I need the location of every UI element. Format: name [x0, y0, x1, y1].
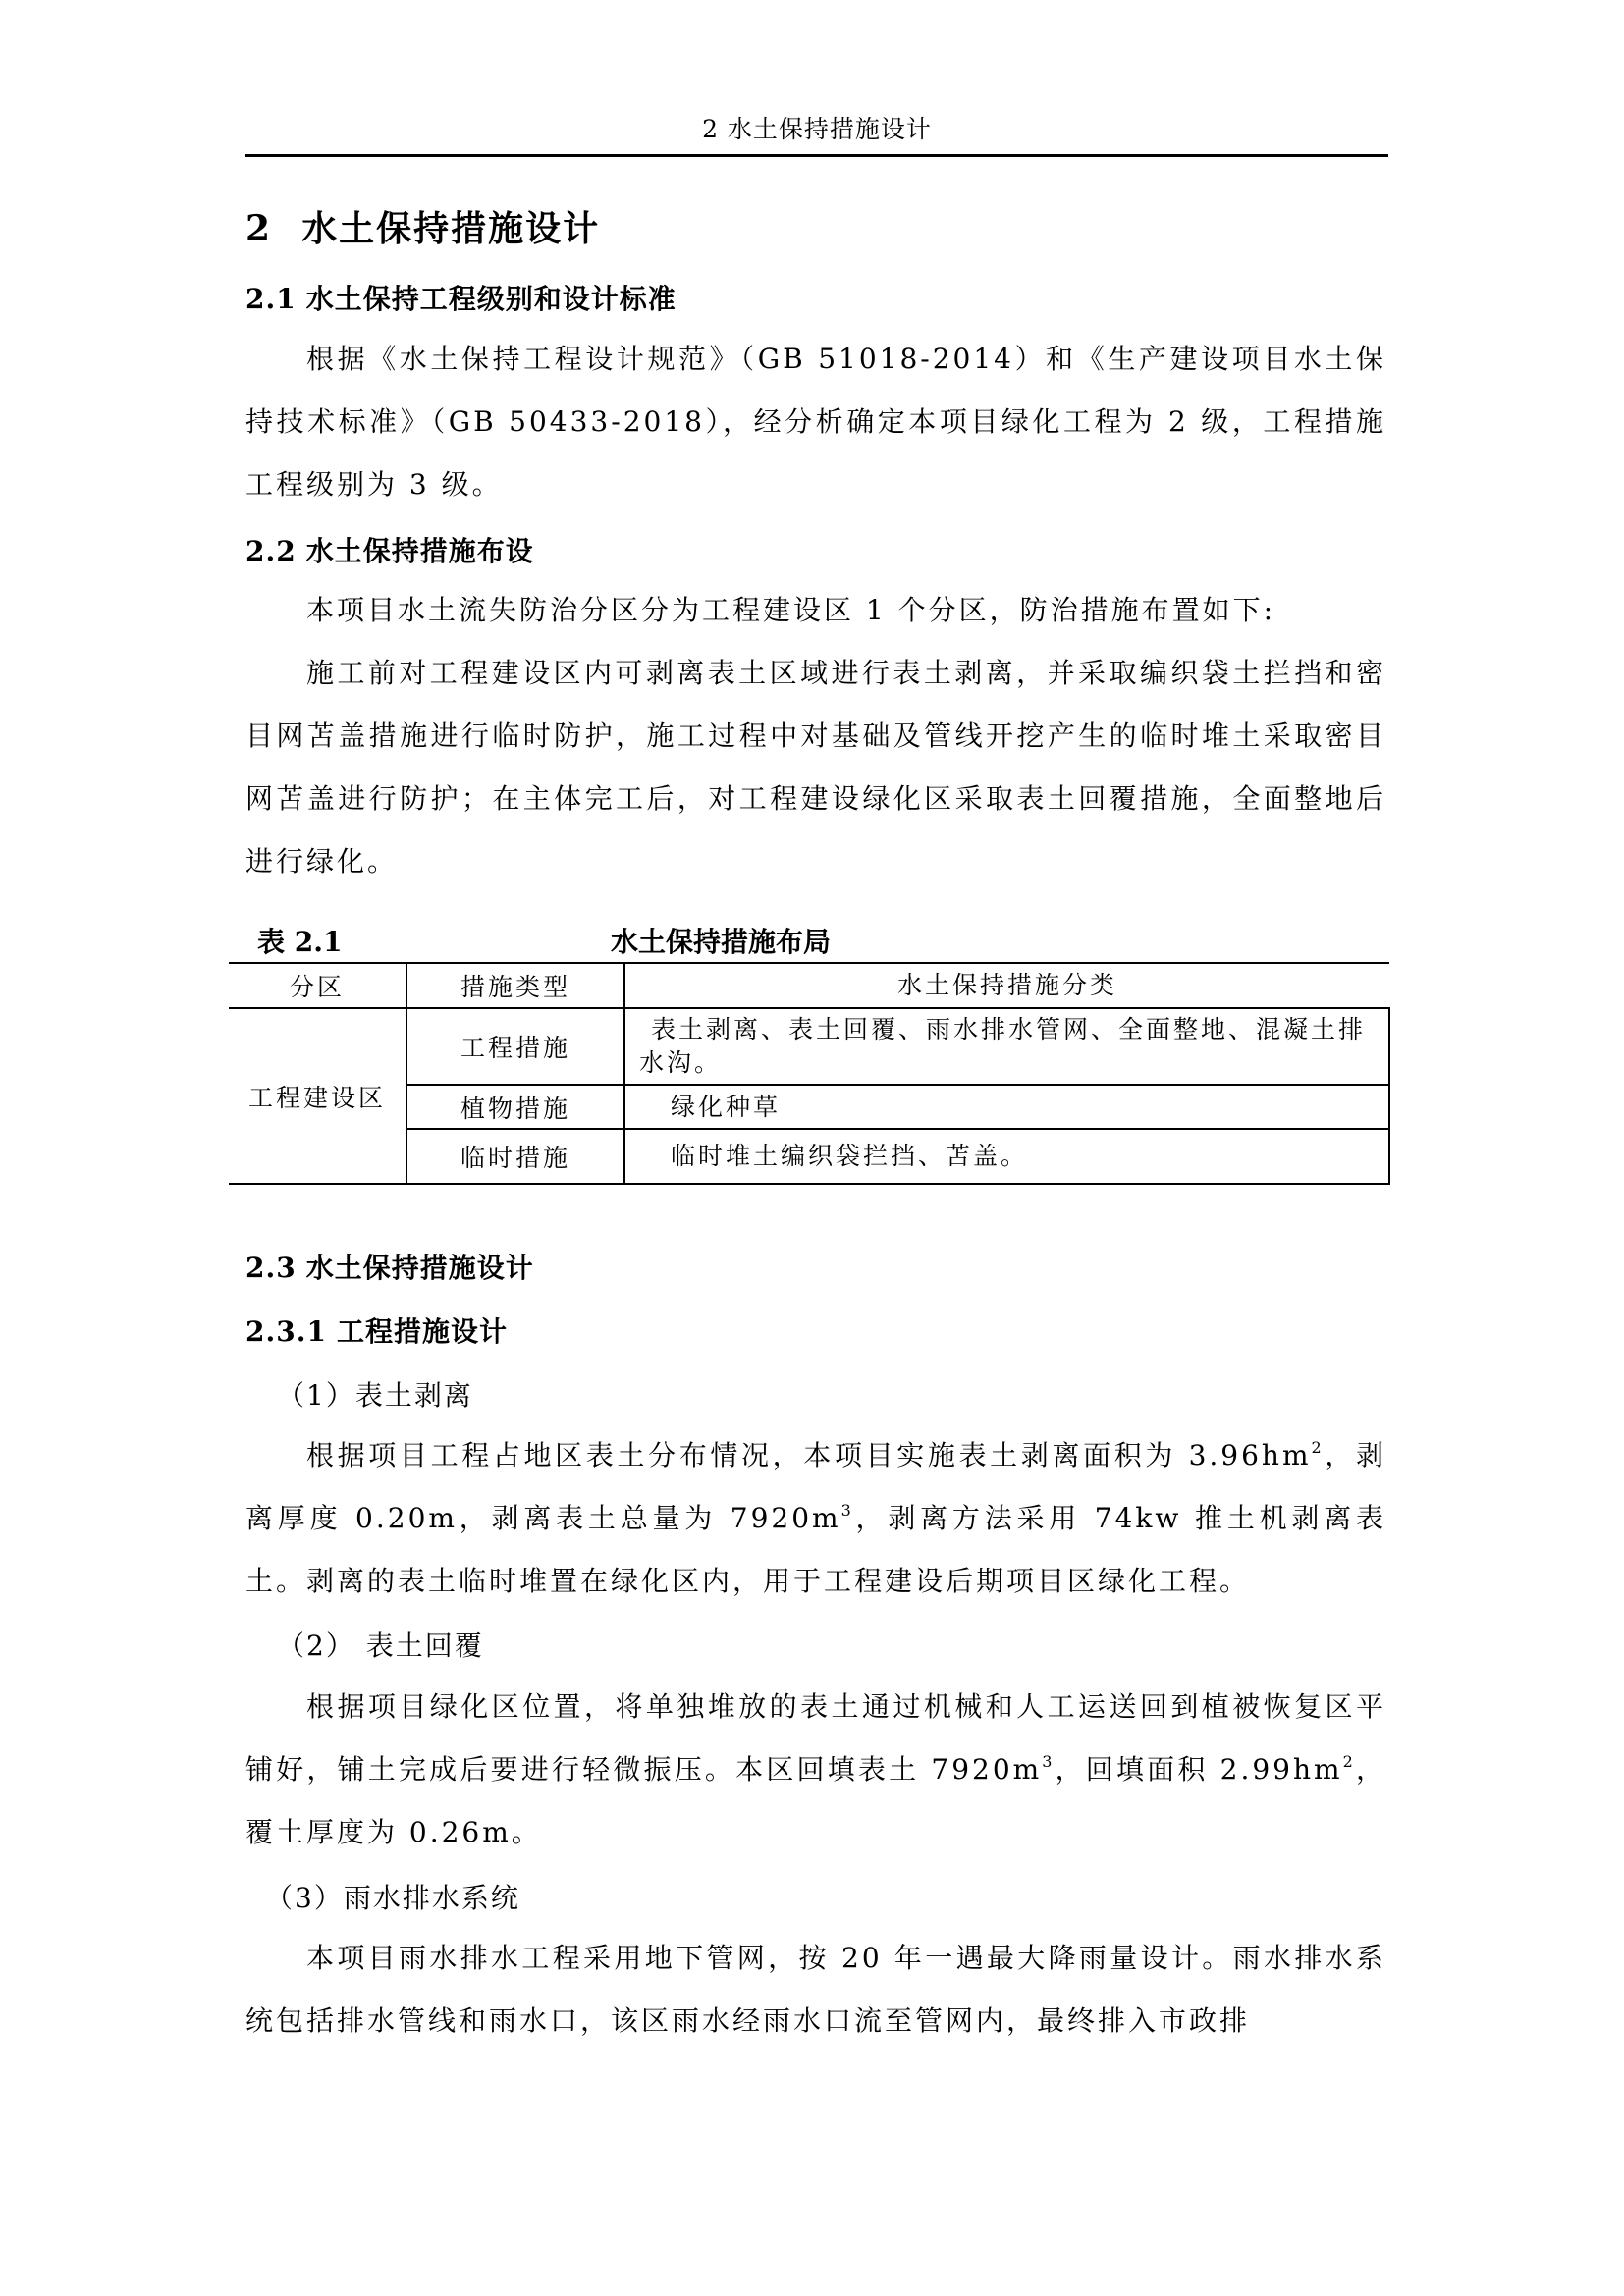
section-title: 工程措施设计 — [337, 1315, 508, 1348]
text-run: ，回填面积 2.99hm — [1055, 1753, 1342, 1786]
section-number: 2.2 — [245, 535, 297, 567]
section-number: 2.3 — [245, 1252, 297, 1284]
measure-type-cell: 临时措施 — [406, 1129, 624, 1184]
chapter-title-text: 水土保持措施设计 — [301, 208, 600, 249]
section-title: 水土保持措施设计 — [306, 1252, 534, 1284]
section-2-2-heading: 2.2水土保持措施布设 — [245, 530, 534, 569]
measure-items-cell: 表土剥离、表土回覆、雨水排水管网、全面整地、混凝土排水沟。 — [624, 1008, 1389, 1085]
chapter-title: 2水土保持措施设计 — [245, 201, 600, 251]
section-2-3-1-heading: 2.3.1工程措施设计 — [245, 1310, 508, 1350]
section-number: 2.3.1 — [245, 1315, 327, 1348]
table-header-row: 分区 措施类型 水土保持措施分类 — [229, 963, 1389, 1008]
running-header: 2 水土保持措施设计 — [245, 110, 1388, 145]
measure-items-cell: 临时堆土编织袋拦挡、苫盖。 — [624, 1129, 1389, 1184]
section-title: 水土保持工程级别和设计标准 — [306, 283, 677, 315]
item-2-paragraph: 根据项目绿化区位置，将单独堆放的表土通过机械和人工运送回到植被恢复区平铺好，铺土… — [245, 1676, 1386, 1864]
measure-type-cell: 植物措施 — [406, 1085, 624, 1129]
zone-cell: 工程建设区 — [229, 1008, 406, 1184]
measures-layout-table: 分区 措施类型 水土保持措施分类 工程建设区 工程措施 表土剥离、表土回覆、雨水… — [229, 962, 1390, 1185]
section-2-1-heading: 2.1水土保持工程级别和设计标准 — [245, 278, 677, 317]
section-2-3-heading: 2.3水土保持措施设计 — [245, 1247, 534, 1286]
table-caption-number: 表 2.1 — [257, 921, 342, 960]
table-row: 工程建设区 工程措施 表土剥离、表土回覆、雨水排水管网、全面整地、混凝土排水沟。 — [229, 1008, 1389, 1085]
measure-items-cell: 绿化种草 — [624, 1085, 1389, 1129]
chapter-number: 2 — [245, 208, 272, 249]
section-2-2-paragraph-1: 本项目水土流失防治分区分为工程建设区 1 个分区，防治措施布置如下: — [245, 579, 1386, 642]
header-measure-type: 措施类型 — [406, 963, 624, 1008]
section-title: 水土保持措施布设 — [306, 535, 534, 567]
item-1-label: （1）表土剥离 — [277, 1374, 473, 1414]
header-rule — [245, 154, 1388, 157]
header-measure-category: 水土保持措施分类 — [624, 963, 1389, 1008]
superscript: 2 — [1343, 1752, 1356, 1771]
text-run: 根据项目工程占地区表土分布情况，本项目实施表土剥离面积为 3.96hm — [306, 1439, 1312, 1471]
item-1-paragraph: 根据项目工程占地区表土分布情况，本项目实施表土剥离面积为 3.96hm2，剥离厚… — [245, 1424, 1386, 1613]
item-3-label: （3）雨水排水系统 — [265, 1877, 520, 1916]
item-3-paragraph: 本项目雨水排水工程采用地下管网，按 20 年一遇最大降雨量设计。雨水排水系统包括… — [245, 1927, 1386, 2053]
section-2-2-paragraph-2: 施工前对工程建设区内可剥离表土区域进行表土剥离，并采取编织袋土拦挡和密目网苫盖措… — [245, 642, 1386, 893]
superscript: 3 — [841, 1501, 854, 1520]
table-caption-title: 水土保持措施布局 — [611, 921, 831, 960]
header-zone: 分区 — [229, 963, 406, 1008]
superscript: 2 — [1312, 1438, 1325, 1457]
superscript: 3 — [1042, 1752, 1055, 1771]
item-2-label: （2） 表土回覆 — [277, 1625, 484, 1664]
section-2-1-paragraph: 根据《水土保持工程设计规范》（GB 51018-2014）和《生产建设项目水土保… — [245, 328, 1386, 516]
section-number: 2.1 — [245, 283, 297, 315]
measure-type-cell: 工程措施 — [406, 1008, 624, 1085]
